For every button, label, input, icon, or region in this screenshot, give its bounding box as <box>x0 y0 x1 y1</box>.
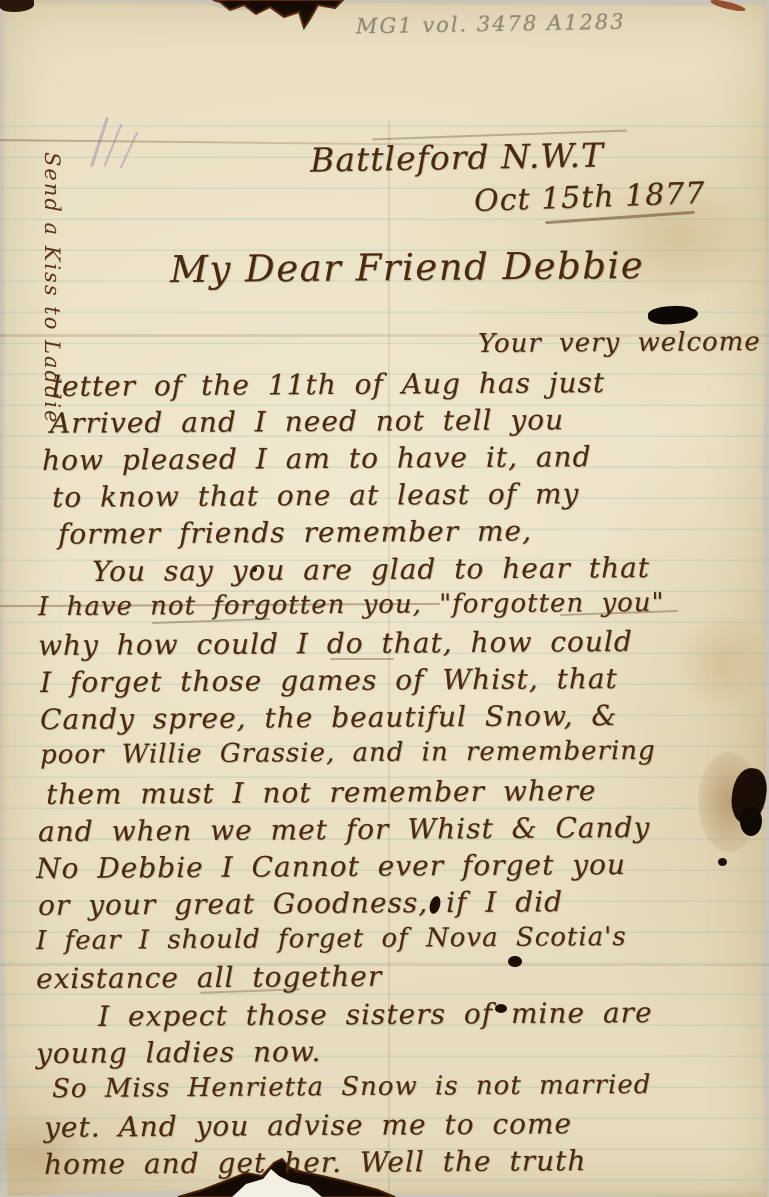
letter-line: Your very welcome <box>478 327 761 359</box>
letter-line: and when we met for Whist & Candy <box>38 811 650 848</box>
letter-line: You say you are glad to hear that <box>92 551 650 588</box>
letter-line: poor Willie Grassie, and in remembering <box>40 736 656 770</box>
letter-line: or your great Goodness, if I did <box>38 885 563 922</box>
letter-line: I fear I should forget of Nova Scotia's <box>36 922 627 956</box>
letterhead-location: Battleford N.W.T <box>310 135 605 179</box>
letter-line: Arrived and I need not tell you <box>50 403 564 440</box>
letter-line: I forget those games of Whist, that <box>40 662 618 699</box>
letter-line: home and get her. Well the truth <box>44 1144 587 1181</box>
archival-code: MG1 vol. 3478 A1283 <box>356 10 626 39</box>
letter-line: existance all together <box>36 960 382 995</box>
letter-line: I expect those sisters of mine are <box>98 996 653 1033</box>
letter-line: yet. And you advise me to come <box>44 1107 572 1144</box>
letter-line: letter of the 11th of Aug has just <box>52 366 605 403</box>
salutation: My Dear Friend Debbie <box>170 244 645 291</box>
letter-line: to know that one at least of my <box>52 477 580 514</box>
letter-line: I have not forgotten you, "forgotten you… <box>38 588 665 622</box>
letter-line: them must I not remember where <box>46 774 597 811</box>
letter-line: young ladies now. <box>36 1035 322 1070</box>
letter-line: So Miss Henrietta Snow is not married <box>52 1070 652 1104</box>
letter-line: why how could I do that, how could <box>38 625 633 662</box>
letter-line: No Debbie I Cannot ever forget you <box>36 848 626 885</box>
letter-line: how pleased I am to have it, and <box>42 440 592 477</box>
letter-line: Candy spree, the beautiful Snow, & <box>40 699 618 736</box>
letter-line: former friends remember me, <box>58 514 532 550</box>
